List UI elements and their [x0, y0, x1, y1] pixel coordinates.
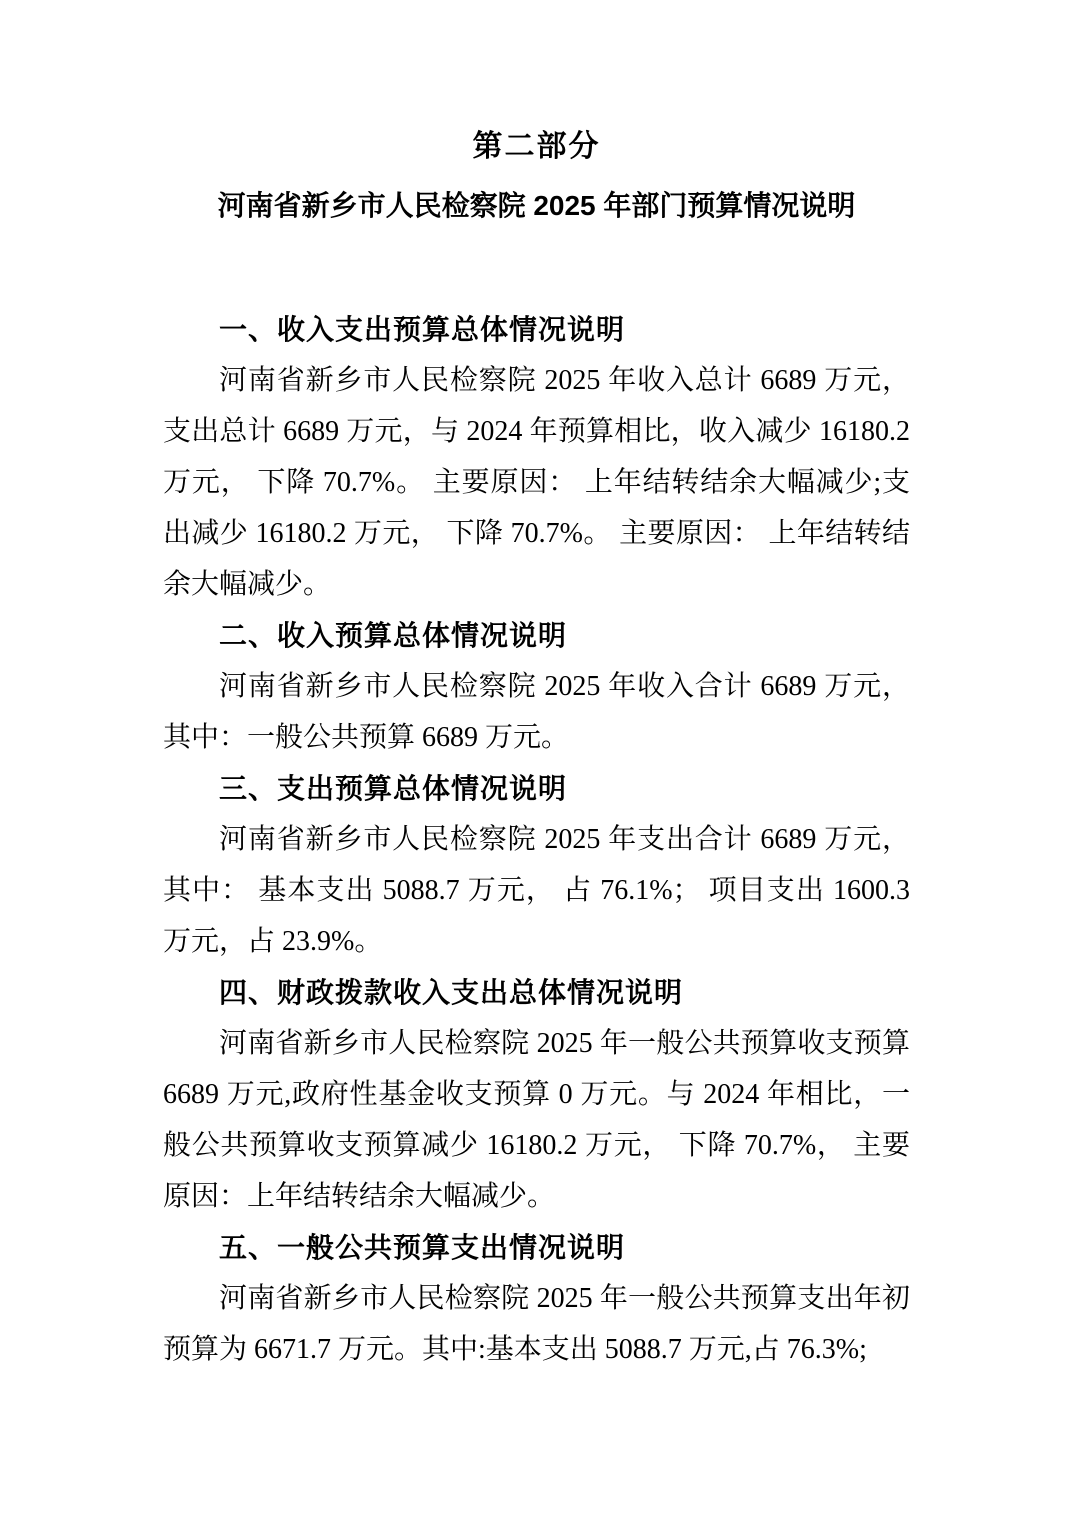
part-title: 第二部分	[163, 130, 910, 164]
section-paragraph: 河南省新乡市人民检察院 2025 年收入合计 6689 万元，其中：一般公共预算…	[163, 661, 910, 763]
section-paragraph: 河南省新乡市人民检察院 2025 年支出合计 6689 万元，其中： 基本支出 …	[163, 814, 910, 967]
section-public-budget-expenditure: 五、一般公共预算支出情况说明 河南省新乡市人民检察院 2025 年一般公共预算支…	[163, 1222, 910, 1375]
section-heading: 一、收入支出预算总体情况说明	[163, 304, 910, 355]
budget-document-page: 第二部分 河南省新乡市人民检察院 2025 年部门预算情况说明 一、收入支出预算…	[0, 0, 1074, 1520]
section-heading: 四、财政拨款收入支出总体情况说明	[163, 967, 910, 1018]
title-gap	[163, 222, 910, 304]
section-expenditure-overview: 三、支出预算总体情况说明 河南省新乡市人民检察院 2025 年支出合计 6689…	[163, 763, 910, 967]
section-fiscal-allocation-overview: 四、财政拨款收入支出总体情况说明 河南省新乡市人民检察院 2025 年一般公共预…	[163, 967, 910, 1222]
section-heading: 二、收入预算总体情况说明	[163, 610, 910, 661]
section-heading: 五、一般公共预算支出情况说明	[163, 1222, 910, 1273]
section-paragraph: 河南省新乡市人民检察院 2025 年一般公共预算收支预算 6689 万元,政府性…	[163, 1018, 910, 1222]
section-heading: 三、支出预算总体情况说明	[163, 763, 910, 814]
section-income-overview: 二、收入预算总体情况说明 河南省新乡市人民检察院 2025 年收入合计 6689…	[163, 610, 910, 763]
section-paragraph: 河南省新乡市人民检察院 2025 年一般公共预算支出年初预算为 6671.7 万…	[163, 1273, 910, 1375]
section-paragraph: 河南省新乡市人民检察院 2025 年收入总计 6689 万元，支出总计 6689…	[163, 355, 910, 610]
section-income-expenditure-overview: 一、收入支出预算总体情况说明 河南省新乡市人民检察院 2025 年收入总计 66…	[163, 304, 910, 610]
document-title: 河南省新乡市人民检察院 2025 年部门预算情况说明	[163, 190, 910, 222]
